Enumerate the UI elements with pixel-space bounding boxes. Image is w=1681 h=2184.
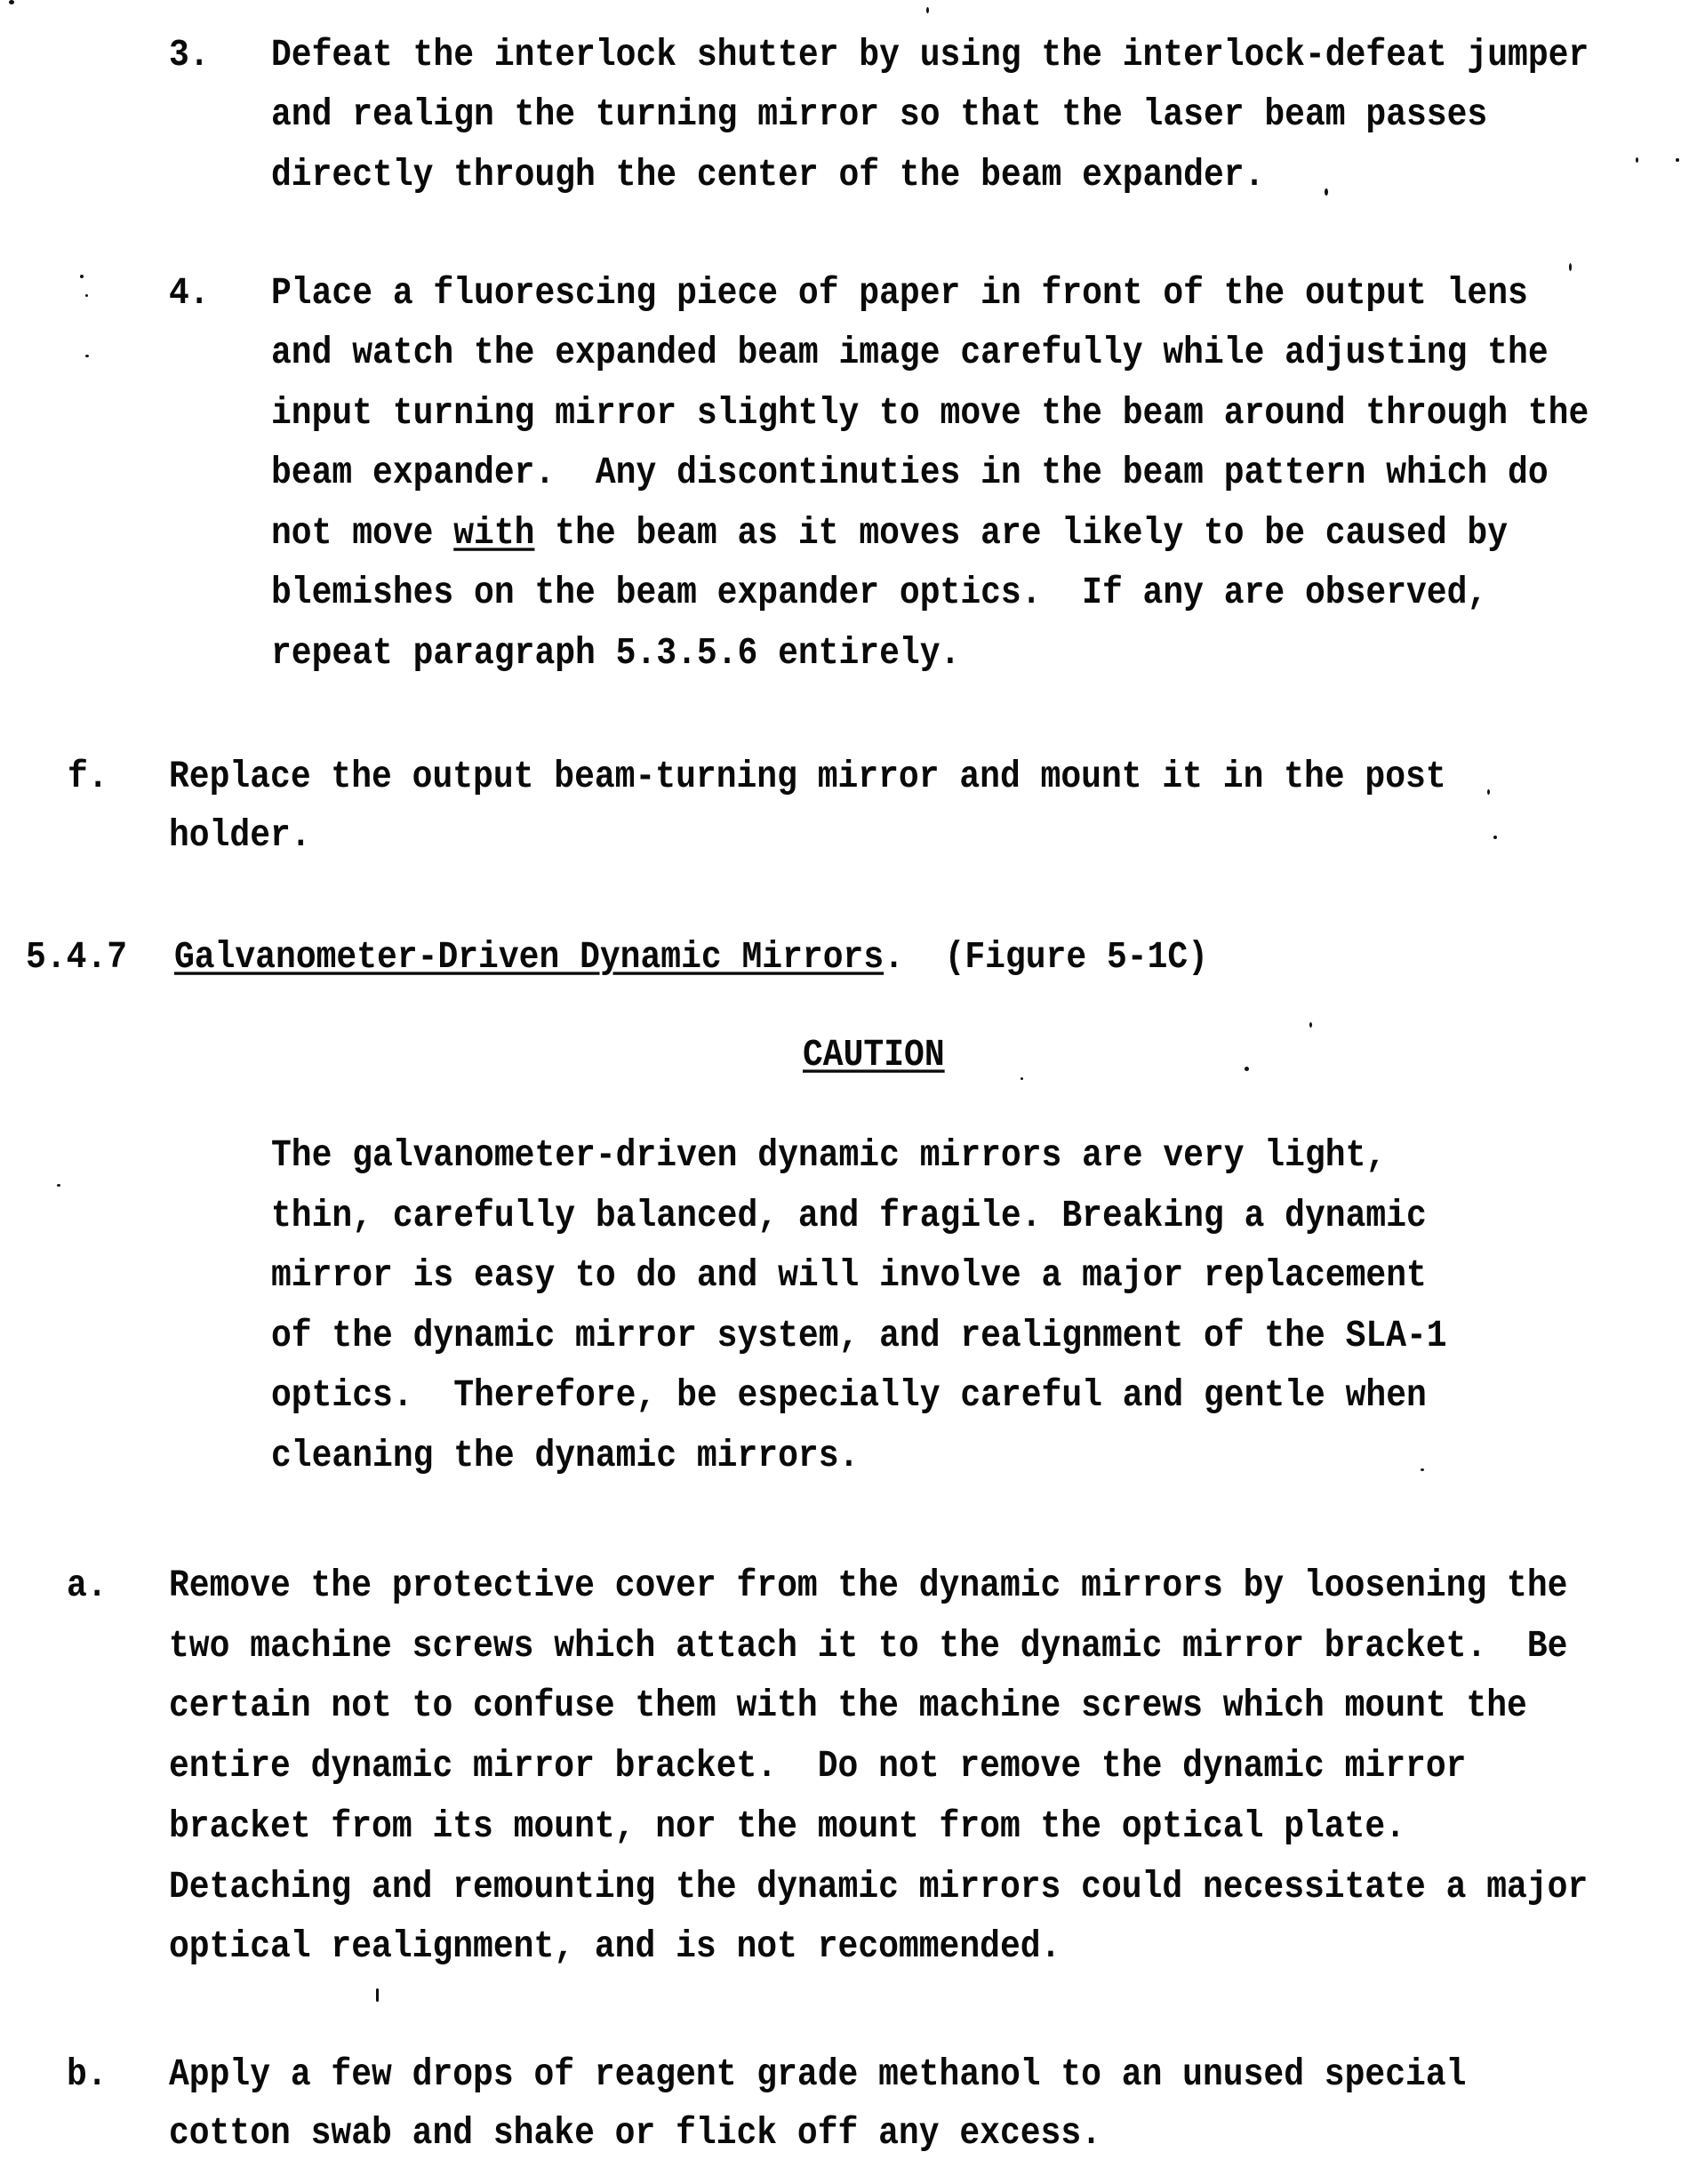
step-4-line: Place a fluorescing piece of paper in fr… [271, 275, 1528, 313]
step-4-line: beam expander. Any discontinuties in the… [271, 454, 1549, 492]
item-a-line: Detaching and remounting the dynamic mir… [169, 1868, 1588, 1907]
step-3-line: directly through the center of the beam … [271, 156, 1264, 195]
scan-speck [1245, 1067, 1249, 1071]
scan-speck [376, 1988, 379, 2002]
step-4-line: repeat paragraph 5.3.5.6 entirely. [271, 635, 960, 673]
item-f-line: Replace the output beam-turning mirror a… [169, 758, 1446, 796]
item-a-line: certain not to confuse them with the mac… [169, 1687, 1527, 1725]
caution-line: cleaning the dynamic mirrors. [271, 1437, 859, 1476]
item-f-marker: f. [68, 758, 108, 796]
scan-speck [9, 0, 14, 4]
scan-speck [1309, 1022, 1312, 1028]
step-3-line: Defeat the interlock shutter by using th… [271, 36, 1589, 75]
step-3-marker: 3. [169, 36, 210, 75]
scan-speck [1636, 157, 1638, 163]
item-a-line: optical realignment, and is not recommen… [169, 1928, 1061, 1966]
caution-line: optics. Therefore, be especially careful… [271, 1377, 1427, 1415]
section-number: 5.4.7 [26, 939, 127, 977]
step-3-line: and realign the turning mirror so that t… [271, 96, 1487, 134]
item-f-line: holder. [169, 817, 311, 855]
item-b-marker: b. [67, 2056, 108, 2094]
scan-speck [57, 1184, 60, 1187]
document-page: 3. Defeat the interlock shutter by using… [0, 0, 1681, 2184]
step-4-line: blemishes on the beam expander optics. I… [271, 574, 1487, 612]
step-4-line: input turning mirror slightly to move th… [271, 395, 1589, 433]
caution-line: thin, carefully balanced, and fragile. B… [271, 1197, 1427, 1236]
item-a-line: entire dynamic mirror bracket. Do not re… [169, 1748, 1466, 1786]
scan-speck [80, 275, 84, 278]
emphasis-with: with [453, 512, 534, 555]
item-a-line: Remove the protective cover from the dyn… [169, 1567, 1567, 1605]
caution-line: of the dynamic mirror system, and realig… [271, 1317, 1447, 1356]
item-a-line: two machine screws which attach it to th… [169, 1628, 1567, 1666]
caution-line: mirror is easy to do and will involve a … [271, 1257, 1427, 1295]
caution-heading: CAUTION [803, 1036, 945, 1075]
step-4-line: not move with the beam as it moves are l… [271, 515, 1508, 553]
step-4-line-start: not move [271, 512, 453, 555]
caution-line: The galvanometer-driven dynamic mirrors … [271, 1137, 1386, 1175]
scan-speck [1569, 263, 1572, 271]
scan-speck [1421, 1468, 1424, 1471]
scan-speck [1493, 836, 1497, 839]
scan-speck [926, 7, 929, 13]
scan-speck [85, 355, 89, 357]
step-4-marker: 4. [169, 275, 210, 313]
section-title-line: Galvanometer-Driven Dynamic Mirrors. (Fi… [174, 939, 1208, 977]
step-4-line: and watch the expanded beam image carefu… [271, 334, 1549, 372]
scan-speck [1676, 158, 1679, 162]
item-a-line: bracket from its mount, nor the mount fr… [169, 1808, 1405, 1846]
scan-speck [1021, 1077, 1023, 1080]
figure-reference: (Figure 5-1C) [945, 936, 1208, 979]
step-4-line-end: the beam as it moves are likely to be ca… [555, 512, 1508, 555]
scan-speck [1487, 789, 1490, 795]
scan-speck [1325, 188, 1328, 196]
section-title-suffix: . [884, 936, 904, 979]
item-a-marker: a. [67, 1567, 108, 1605]
section-title: Galvanometer-Driven Dynamic Mirrors [174, 936, 884, 979]
item-b-line: cotton swab and shake or flick off any e… [169, 2115, 1101, 2153]
item-b-line: Apply a few drops of reagent grade metha… [169, 2056, 1466, 2094]
scan-speck [85, 294, 88, 297]
